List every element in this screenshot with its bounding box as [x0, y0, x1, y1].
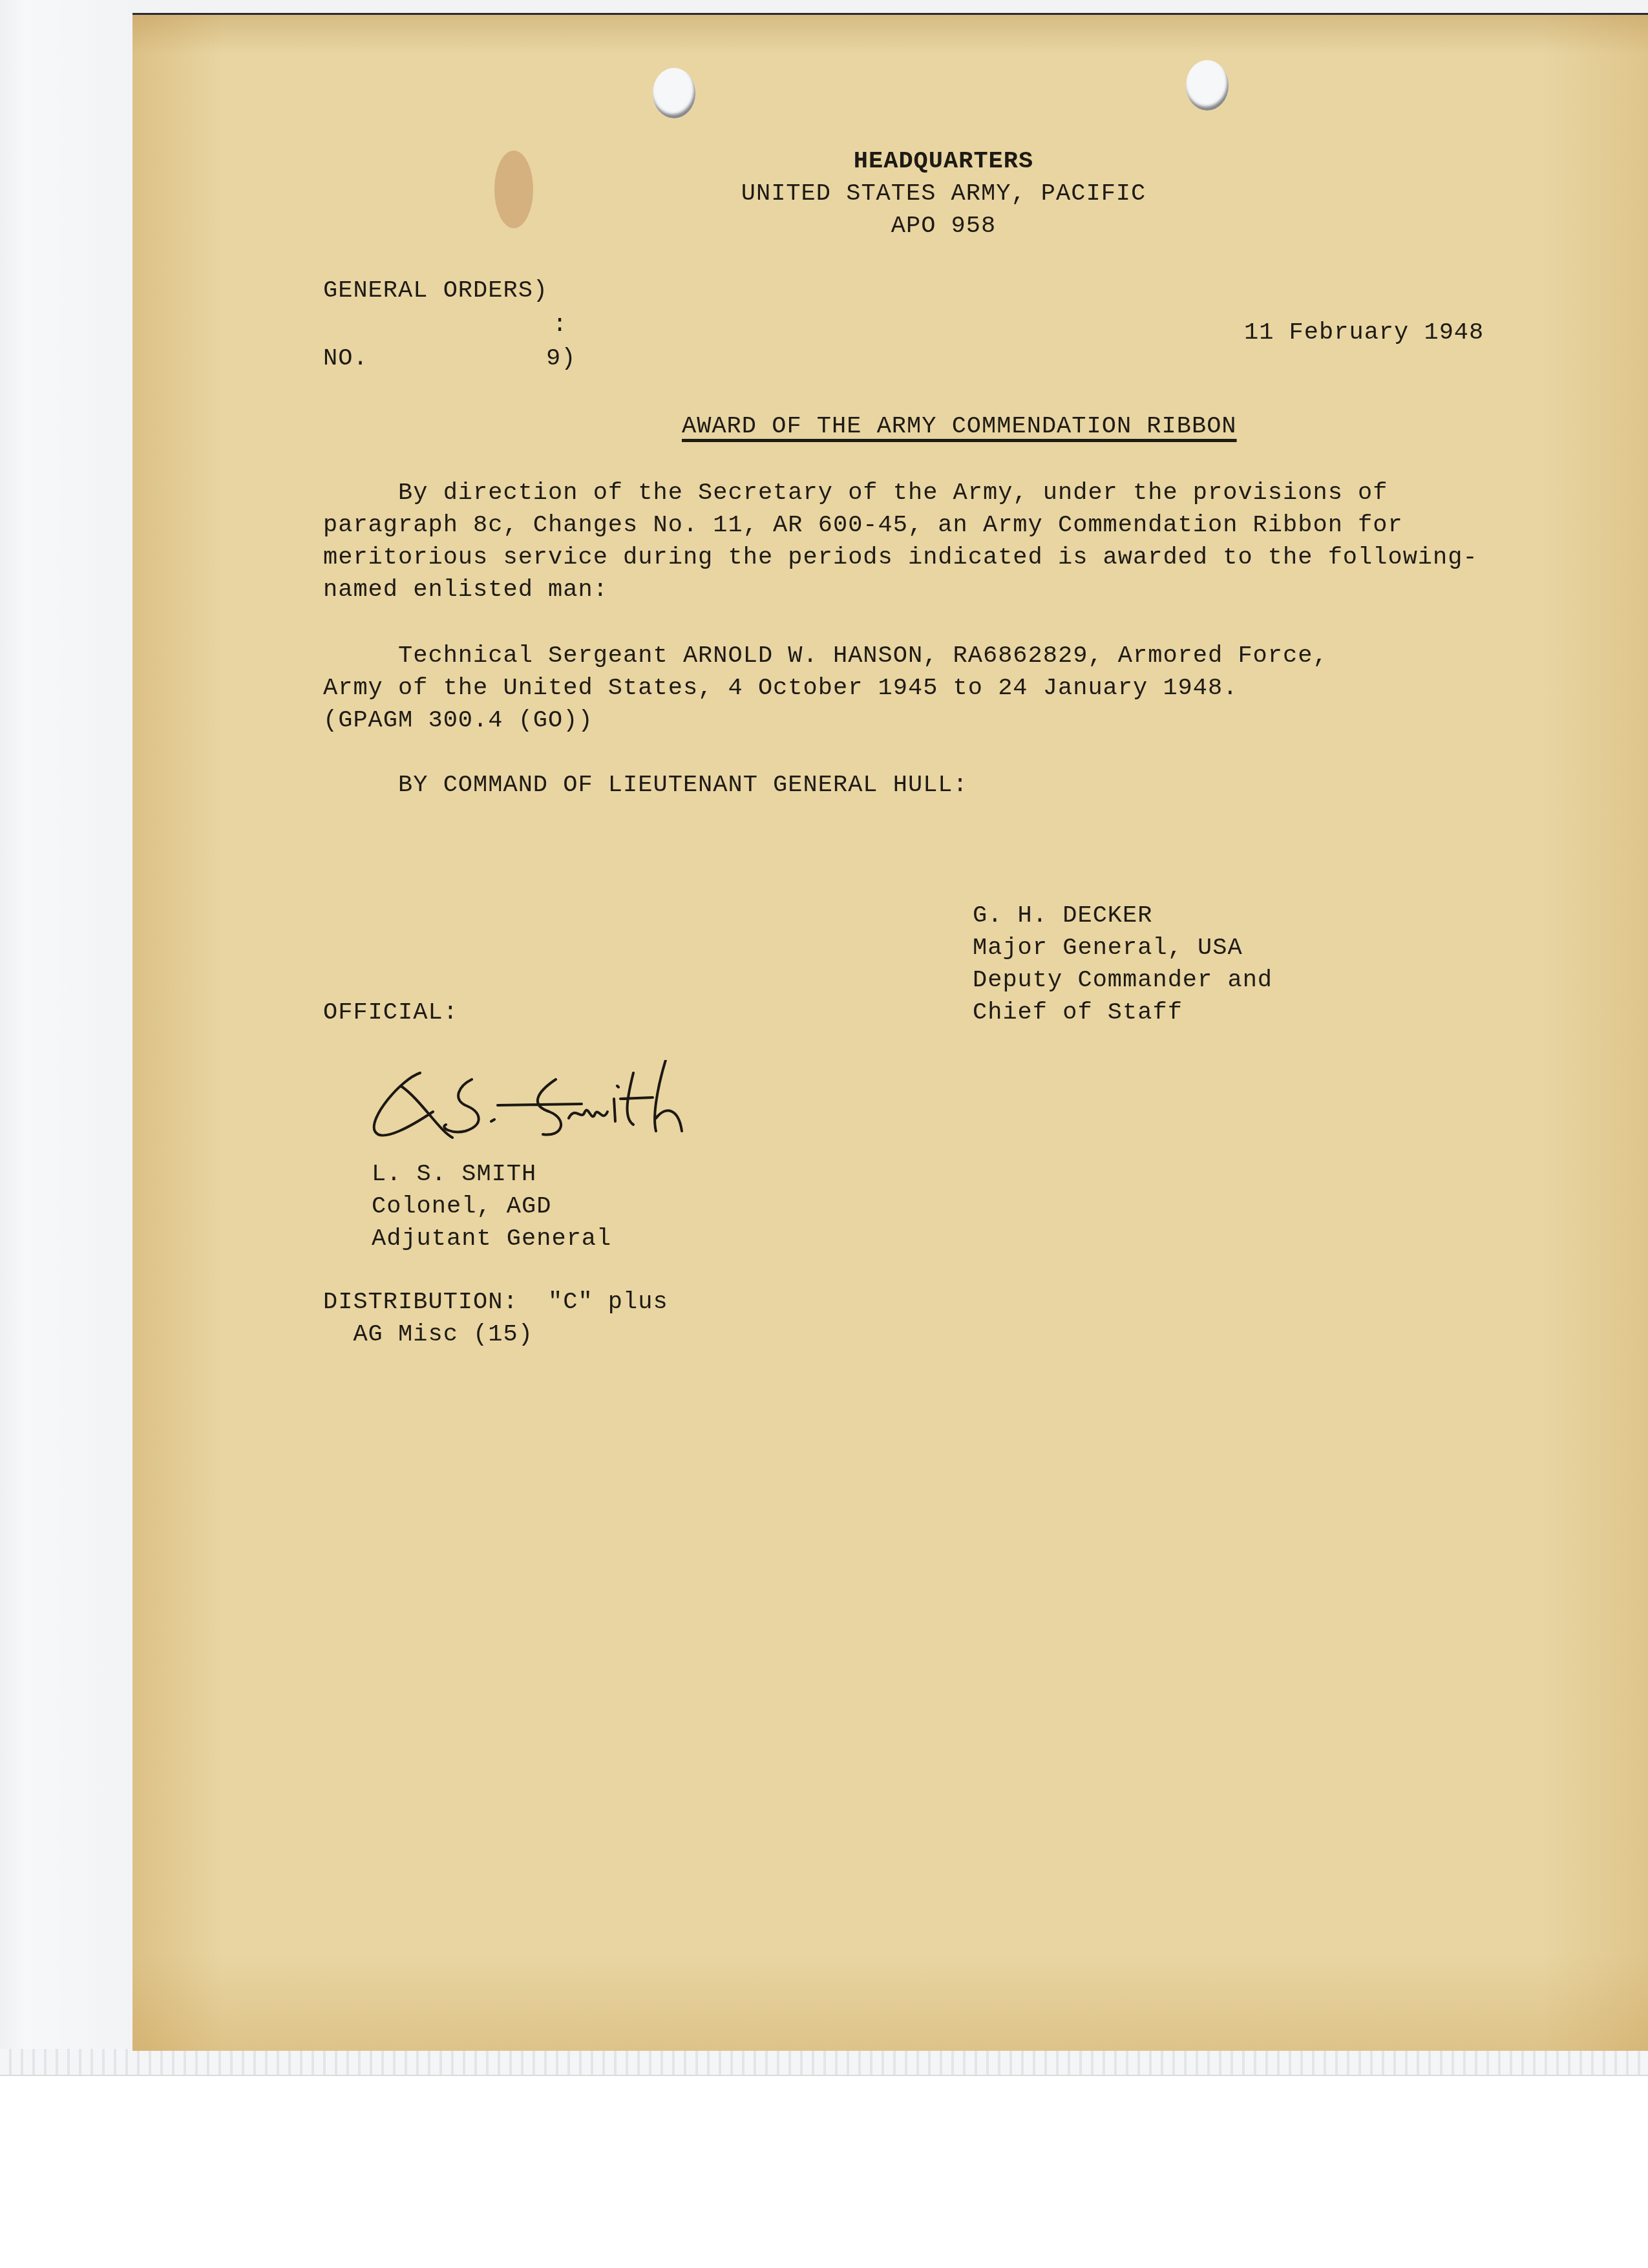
award-entry-line: Army of the United States, 4 October 194…: [323, 672, 1238, 705]
distribution-line: AG Misc (15): [323, 1319, 533, 1351]
file-reference: (GPAGM 300.4 (GO)): [323, 705, 593, 737]
award-entry-line: Technical Sergeant ARNOLD W. HANSON, RA6…: [323, 640, 1328, 672]
commander-title: Deputy Commander and: [973, 964, 1273, 997]
command-line: BY COMMAND OF LIEUTENANT GENERAL HULL:: [323, 769, 968, 801]
order-title: AWARD OF THE ARMY COMMENDATION RIBBON: [682, 410, 1237, 443]
order-number-label: NO.: [323, 343, 368, 375]
sheet-protector-edge: [0, 2049, 1648, 2076]
commander-rank: Major General, USA: [973, 932, 1243, 964]
handwritten-signature: [362, 1060, 788, 1150]
header-apo: APO 958: [646, 210, 1241, 242]
signatory-title: Adjutant General: [372, 1223, 611, 1255]
signatory-name: L. S. SMITH: [372, 1158, 536, 1191]
commander-name: G. H. DECKER: [973, 900, 1152, 932]
general-orders-label: GENERAL ORDERS): [323, 275, 548, 307]
signatory-rank: Colonel, AGD: [372, 1191, 551, 1223]
body-line: paragraph 8c, Changes No. 11, AR 600-45,…: [323, 509, 1403, 542]
punch-hole-right: [1186, 60, 1229, 111]
header-headquarters: HEADQUARTERS: [646, 145, 1241, 178]
order-date: 11 February 1948: [1244, 317, 1484, 349]
punch-hole-left: [653, 68, 695, 118]
commander-title: Chief of Staff: [973, 997, 1183, 1029]
body-line: By direction of the Secretary of the Arm…: [323, 477, 1388, 509]
body-line: meritorious service during the periods i…: [323, 542, 1478, 574]
header-unit: UNITED STATES ARMY, PACIFIC: [646, 178, 1241, 210]
body-line: named enlisted man:: [323, 574, 608, 606]
distribution-line: DISTRIBUTION: "C" plus: [323, 1286, 668, 1319]
order-number: 9): [546, 343, 576, 375]
order-colon: :: [553, 309, 567, 341]
rust-stain: [494, 151, 533, 228]
official-label: OFFICIAL:: [323, 997, 458, 1029]
